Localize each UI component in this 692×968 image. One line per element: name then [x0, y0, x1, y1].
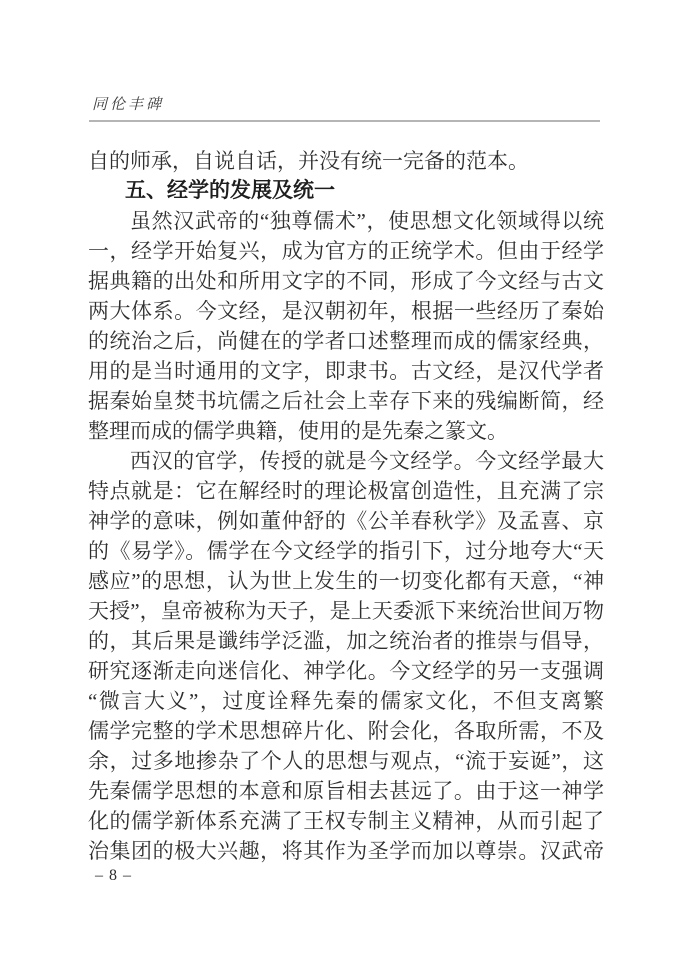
text-line: 用的是当时通用的文字，即隶书。古文经，是汉代学者根 — [88, 356, 604, 386]
text-line: 据秦始皇焚书坑儒之后社会上幸存下来的残编断简，经过 — [88, 386, 604, 416]
text-line: 一，经学开始复兴，成为官方的正统学术。但由于经学根 — [88, 236, 604, 266]
text-line: 的，其后果是谶纬学泛滥，加之统治者的推崇与倡导，经学 — [88, 626, 604, 656]
text-line: 整理而成的儒学典籍，使用的是先秦之篆文。 — [88, 416, 604, 446]
text-line: 余，过多地掺杂了个人的思想与观点，“流于妄诞”，这就与 — [88, 746, 604, 776]
text-line: 据典籍的出处和所用文字的不同，形成了今文经与古文经 — [88, 266, 604, 296]
text-line: 研究逐渐走向迷信化、神学化。今文经学的另一支强调 — [88, 656, 604, 686]
text-line: 特点就是：它在解经时的理论极富创造性，且充满了宗教 — [88, 476, 604, 506]
text-line: 神学的意味，例如董仲舒的《公羊春秋学》及孟喜、京房等 — [88, 506, 604, 536]
text-line: 的《易学》。儒学在今文经学的指引下，过分地夸大“天人 — [88, 536, 604, 566]
book-page: 同伦丰碑 自的师承，自说自话，并没有统一完备的范本。五、经学的发展及统一虽然汉武… — [0, 0, 692, 968]
page-number: – 8 – — [95, 867, 132, 885]
body-text: 自的师承，自说自话，并没有统一完备的范本。五、经学的发展及统一虽然汉武帝的“独尊… — [88, 146, 604, 866]
text-line: 虽然汉武帝的“独尊儒术”，使思想文化领域得以统 — [88, 206, 604, 236]
text-line: 先秦儒学思想的本意和原旨相去甚远了。由于这一神学 — [88, 776, 604, 806]
text-line: 天授”，皇帝被称为天子，是上天委派下来统治世间万物 — [88, 596, 604, 626]
text-line: 感应”的思想，认为世上发生的一切变化都有天意，“神权 — [88, 566, 604, 596]
text-line: 西汉的官学，传授的就是今文经学。今文经学最大的 — [88, 446, 604, 476]
text-line: 的统治之后，尚健在的学者口述整理而成的儒家经典，使 — [88, 326, 604, 356]
text-line: 化的儒学新体系充满了王权专制主义精神，从而引起了统 — [88, 806, 604, 836]
text-line: 自的师承，自说自话，并没有统一完备的范本。 — [88, 146, 604, 176]
section-heading: 五、经学的发展及统一 — [88, 176, 604, 206]
text-line: 儒学完整的学术思想碎片化、附会化，各取所需，不及其 — [88, 716, 604, 746]
text-line: “微言大义”，过度诠释先秦的儒家文化，不但支离繁琐，把 — [88, 686, 604, 716]
text-line: 两大体系。今文经，是汉朝初年，根据一些经历了秦始皇 — [88, 296, 604, 326]
text-line: 治集团的极大兴趣，将其作为圣学而加以尊崇。汉武帝 — [88, 836, 604, 866]
header-rule — [89, 120, 600, 122]
running-header: 同伦丰碑 — [92, 93, 164, 114]
